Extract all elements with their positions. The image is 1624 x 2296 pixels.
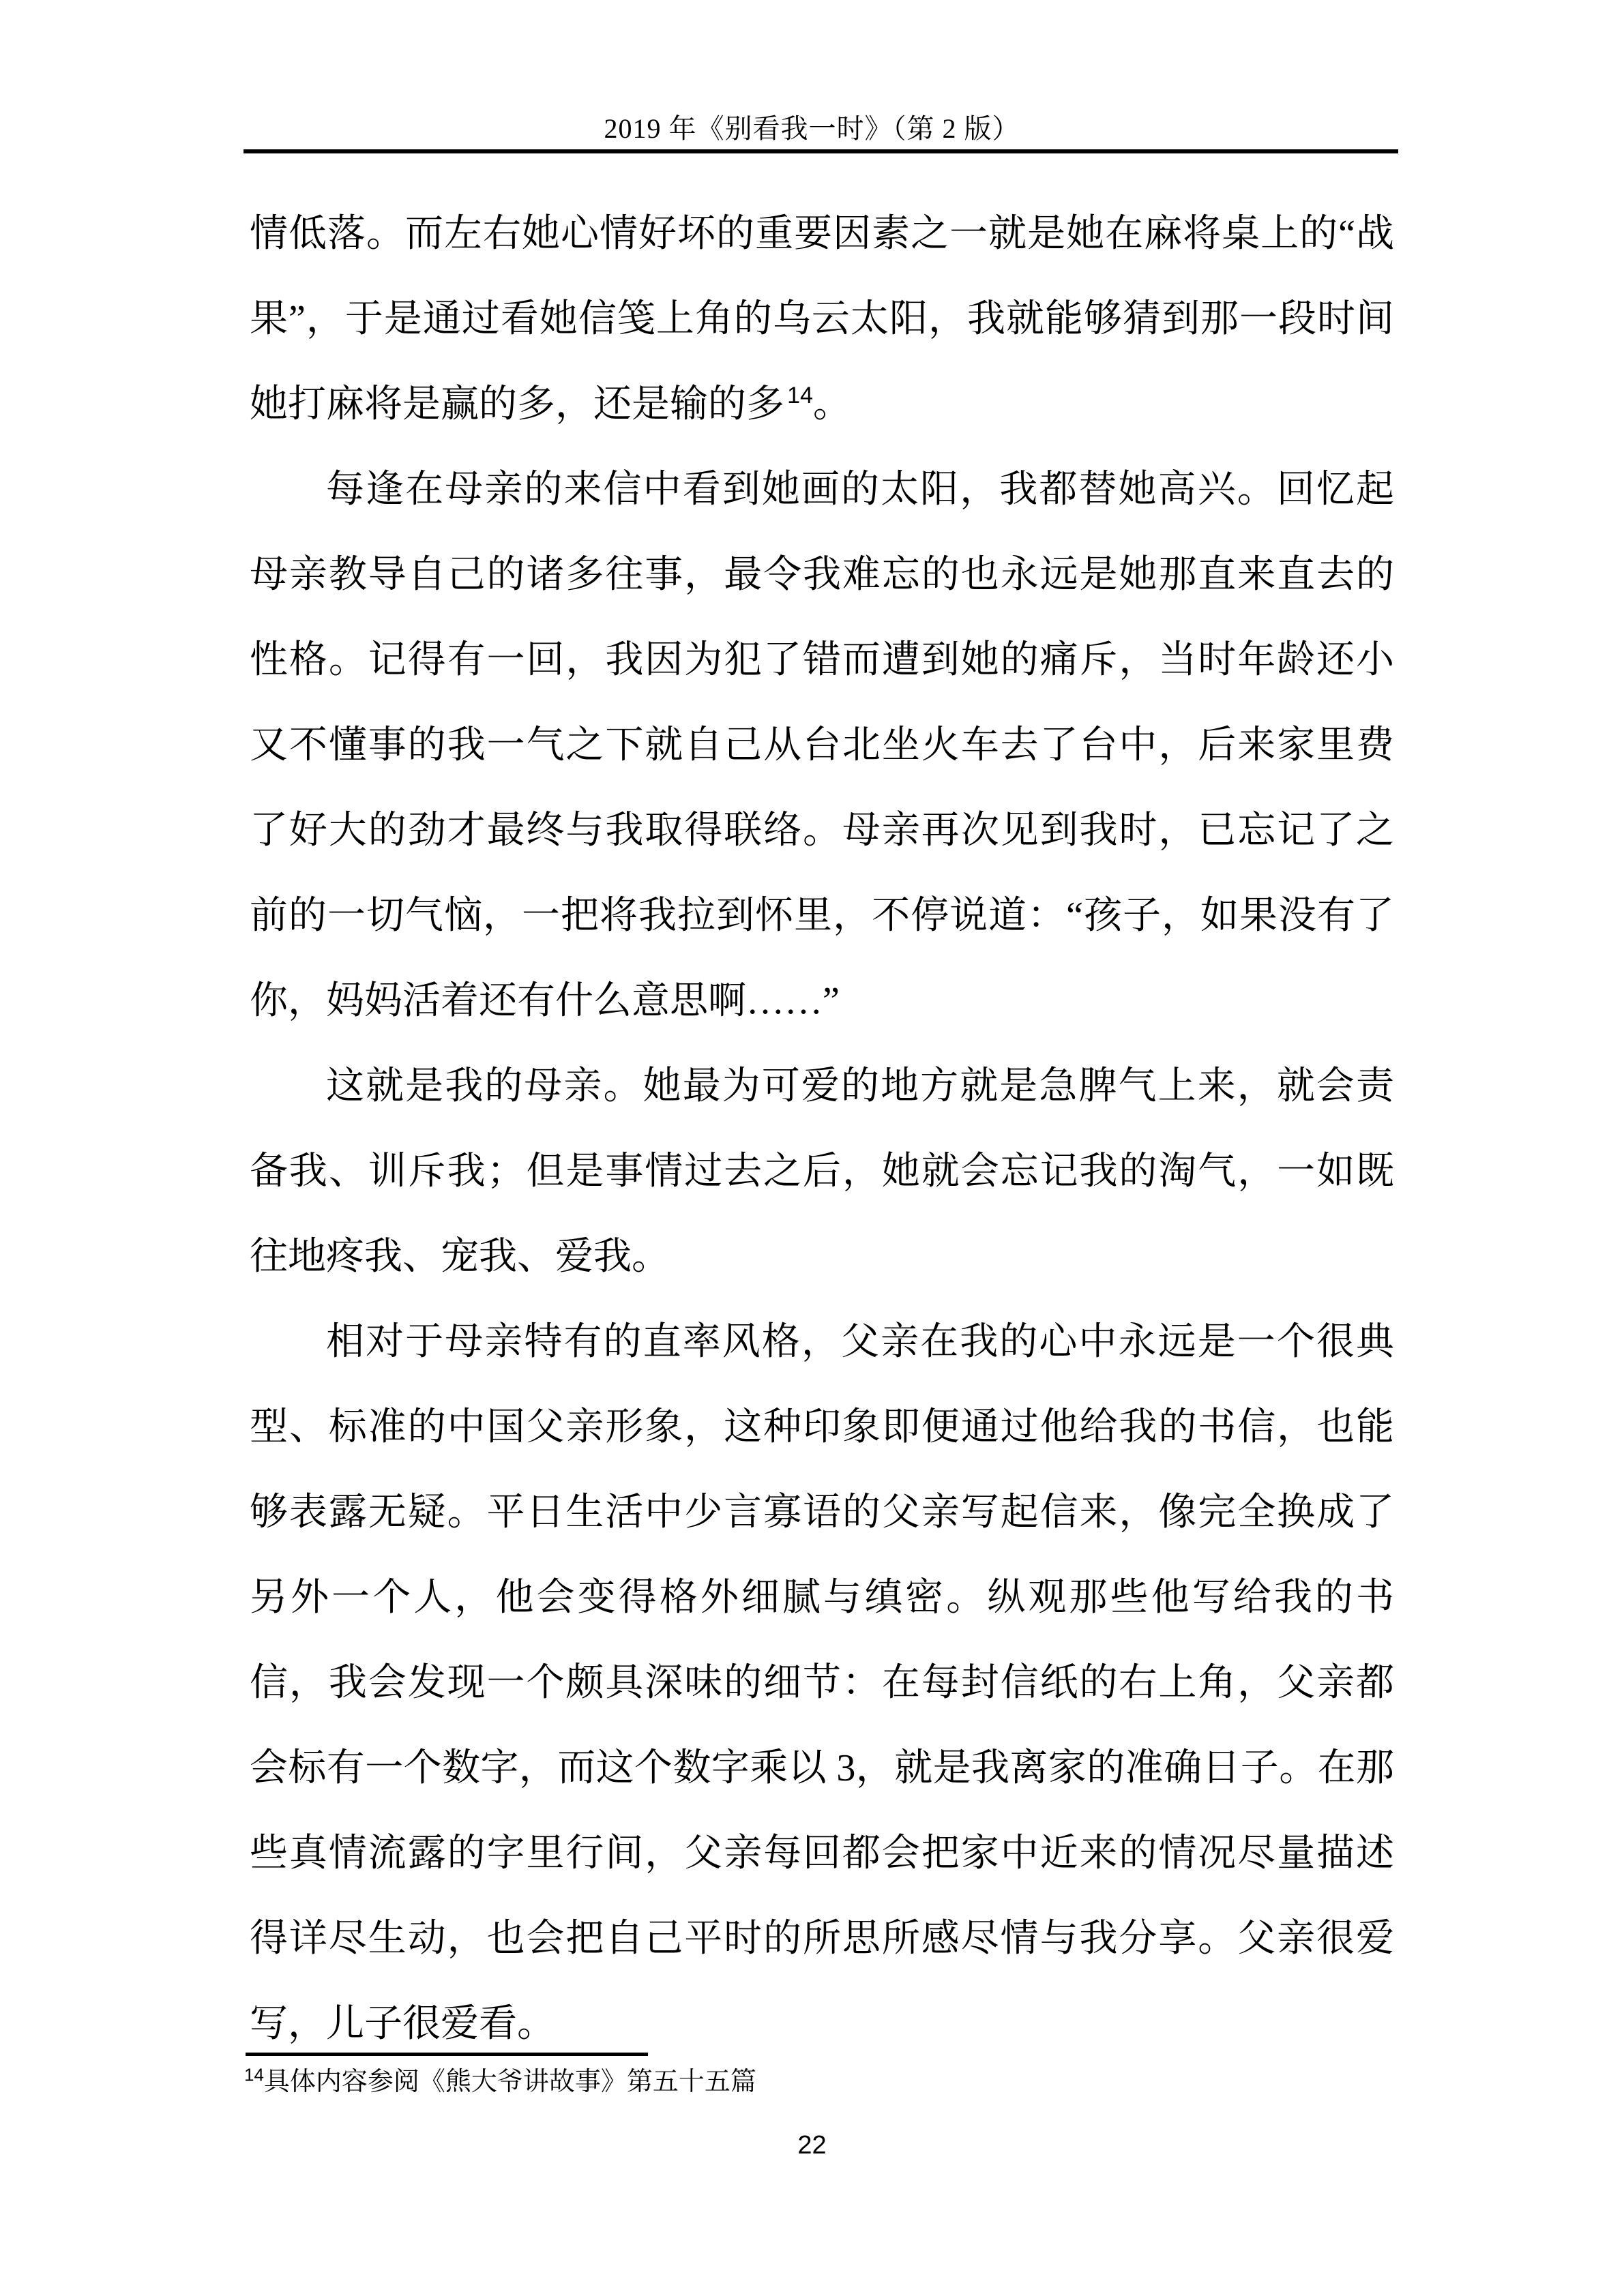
paragraph-2: 每逢在母亲的来信中看到她画的太阳，我都替她高兴。回忆起母亲教导自己的诸多往事，最… bbox=[250, 447, 1394, 1044]
page-header-title: 2019 年《别看我一时》（第 2 版） bbox=[0, 114, 1624, 144]
footnote-text: 具体内容参阅《熊大爷讲故事》第五十五篇 bbox=[264, 2068, 756, 2096]
paragraph-1: 情低落。而左右她心情好坏的重要因素之一就是她在麻将桌上的“战果”，于是通过看她信… bbox=[250, 192, 1394, 447]
body-text: 情低落。而左右她心情好坏的重要因素之一就是她在麻将桌上的“战果”，于是通过看她信… bbox=[250, 192, 1394, 2067]
footnote: 14具体内容参阅《熊大爷讲故事》第五十五篇 bbox=[244, 2065, 1390, 2099]
footnote-divider bbox=[246, 2053, 648, 2056]
document-page: 2019 年《别看我一时》（第 2 版） 情低落。而左右她心情好坏的重要因素之一… bbox=[0, 0, 1624, 2296]
footnote-reference-14: 14 bbox=[787, 383, 813, 408]
paragraph-4: 相对于母亲特有的直率风格，父亲在我的心中永远是一个很典型、标准的中国父亲形象，这… bbox=[250, 1300, 1394, 2067]
paragraph-3: 这就是我的母亲。她最为可爱的地方就是急脾气上来，就会责备我、训斥我；但是事情过去… bbox=[250, 1044, 1394, 1300]
paragraph-1-text-after: 。 bbox=[813, 383, 851, 426]
header-divider bbox=[243, 149, 1398, 153]
page-number: 22 bbox=[0, 2132, 1624, 2159]
footnote-marker: 14 bbox=[244, 2064, 264, 2085]
